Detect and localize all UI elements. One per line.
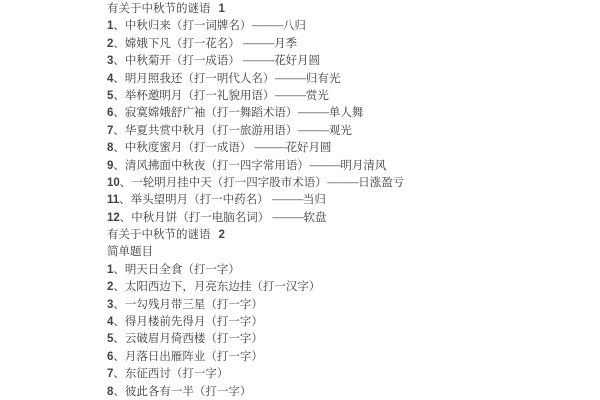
riddle-text: 东征西讨（打一字） — [125, 366, 229, 380]
riddle-text: 中秋度蜜月（打一成语） — [125, 140, 252, 154]
riddle-text: 明月照我还（打一明代人名） — [125, 71, 275, 85]
item-separator: 、 — [113, 384, 125, 398]
riddle-item: 4、得月楼前先得月（打一字） — [107, 313, 587, 330]
riddle-answer: 日涨盈亏 — [358, 175, 404, 189]
riddle-item: 9、清风拂面中秋夜（打一四字常用语）———明月清风 — [107, 157, 587, 174]
riddle-answer: 八归 — [283, 18, 306, 32]
item-separator: 、 — [113, 158, 125, 172]
riddle-text: 华夏共赏中秋月（打一旅游用语） — [125, 123, 298, 137]
riddle-text: 清风拂面中秋夜（打一四字常用语） — [125, 158, 309, 172]
riddle-item: 1、明天日全食（打一字） — [107, 261, 587, 278]
item-separator: 、 — [120, 210, 132, 224]
item-separator: 、 — [113, 123, 125, 137]
riddle-item: 3、一勾残月带三星（打一字） — [107, 296, 587, 313]
riddle-answer: 明月清风 — [340, 158, 386, 172]
answer-dash: ——— — [327, 175, 359, 189]
item-separator: 、 — [113, 331, 125, 345]
riddle-item: 8、彼此各有一半（打一字） — [107, 383, 587, 400]
riddle-item: 7、华夏共赏中秋月（打一旅游用语）———观光 — [107, 122, 587, 139]
riddle-text: 中秋菊开（打一成语） — [125, 53, 240, 67]
riddle-answer: 花好月圆 — [274, 53, 320, 67]
riddle-text: 月落日出雁阵业（打一字） — [125, 349, 263, 363]
riddle-text: 一勾残月带三星（打一字） — [125, 297, 263, 311]
answer-dash: ——— — [309, 158, 341, 172]
riddle-answer: 月季 — [274, 36, 297, 50]
riddle-item: 8、中秋度蜜月（打一成语） ———花好月圆 — [107, 139, 587, 156]
item-separator: 、 — [113, 105, 125, 119]
answer-dash: ——— — [269, 210, 303, 224]
riddle-text: 寂寞嫦娥舒广袖（打一舞蹈术语） — [125, 105, 298, 119]
answer-dash: ——— — [297, 105, 329, 119]
item-separator: 、 — [113, 53, 125, 67]
item-separator: 、 — [113, 314, 125, 328]
riddle-item: 5、举杯邀明月（打一礼貌用语）———赏光 — [107, 87, 587, 104]
riddle-item: 4、明月照我还（打一明代人名）———归有光 — [107, 70, 587, 87]
riddle-answer: 赏光 — [306, 88, 329, 102]
item-number: 12 — [107, 212, 120, 224]
riddle-item: 5、云破眉月倚西楼（打一字） — [107, 330, 587, 347]
item-separator: 、 — [113, 349, 125, 363]
riddle-item: 2、太阳西边下，月亮东边挂（打一汉字） — [107, 278, 587, 295]
answer-dash: ——— — [240, 53, 274, 67]
item-separator: 、 — [113, 71, 125, 85]
item-separator: 、 — [113, 279, 125, 293]
item-separator: 、 — [113, 262, 125, 276]
section-2-subtitle: 简单题目 — [107, 243, 587, 260]
riddle-answer: 归有光 — [306, 71, 341, 85]
section-1-title: 有关于中秋节的谜语 — [107, 1, 211, 15]
riddle-item: 10、一轮明月挂中天（打一四字股市术语）———日涨盈亏 — [107, 174, 587, 191]
answer-dash: ——— — [297, 123, 329, 137]
answer-dash: ——— — [240, 36, 274, 50]
item-number: 10 — [107, 177, 120, 189]
riddle-text: 得月楼前先得月（打一字） — [125, 314, 263, 328]
answer-dash: ——— — [251, 18, 283, 32]
riddle-text: 举杯邀明月（打一礼貌用语） — [125, 88, 275, 102]
document-page: 有关于中秋节的谜语1 1、中秋归来（打一词牌名）———八归2、嫦娥下凡（打一花名… — [107, 0, 587, 400]
item-separator: 、 — [120, 175, 132, 189]
item-separator: 、 — [113, 36, 125, 50]
item-separator: 、 — [119, 192, 131, 206]
answer-dash: ——— — [274, 88, 306, 102]
answer-dash: ——— — [269, 192, 303, 206]
item-separator: 、 — [113, 18, 125, 32]
riddle-item: 11、举头望明月（打一中药名） ———当归 — [107, 191, 587, 208]
section-2-heading: 有关于中秋节的谜语2 — [107, 226, 587, 243]
item-separator: 、 — [113, 140, 125, 154]
riddle-text: 嫦娥下凡（打一花名） — [125, 36, 240, 50]
riddle-text: 明天日全食（打一字） — [125, 262, 240, 276]
riddle-item: 7、东征西讨（打一字） — [107, 365, 587, 382]
riddle-text: 中秋归来（打一词牌名） — [125, 18, 252, 32]
riddle-text: 中秋月饼（打一电脑名词） — [131, 210, 269, 224]
answer-dash: ——— — [251, 140, 285, 154]
riddle-text: 彼此各有一半（打一字） — [125, 384, 252, 398]
riddle-item: 12、中秋月饼（打一电脑名词） ———软盘 — [107, 209, 587, 226]
item-separator: 、 — [113, 366, 125, 380]
riddle-text: 云破眉月倚西楼（打一字） — [125, 331, 263, 345]
item-separator: 、 — [113, 88, 125, 102]
section-1-riddle-list: 1、中秋归来（打一词牌名）———八归2、嫦娥下凡（打一花名） ———月季3、中秋… — [107, 17, 587, 226]
section-2-riddle-list: 1、明天日全食（打一字）2、太阳西边下，月亮东边挂（打一汉字）3、一勾残月带三星… — [107, 261, 587, 400]
riddle-item: 3、中秋菊开（打一成语） ———花好月圆 — [107, 52, 587, 69]
riddle-answer: 观光 — [329, 123, 352, 137]
riddle-item: 6、月落日出雁阵业（打一字） — [107, 348, 587, 365]
riddle-text: 举头望明月（打一中药名） — [131, 192, 269, 206]
riddle-answer: 花好月圆 — [286, 140, 332, 154]
section-2-number: 2 — [219, 229, 225, 241]
riddle-item: 2、嫦娥下凡（打一花名） ———月季 — [107, 35, 587, 52]
riddle-item: 1、中秋归来（打一词牌名）———八归 — [107, 17, 587, 34]
riddle-answer: 当归 — [303, 192, 326, 206]
item-separator: 、 — [113, 297, 125, 311]
item-number: 11 — [107, 194, 119, 206]
riddle-text: 一轮明月挂中天（打一四字股市术语） — [131, 175, 327, 189]
riddle-text: 太阳西边下，月亮东边挂（打一汉字） — [125, 279, 321, 293]
section-1-number: 1 — [219, 3, 225, 15]
section-2-title: 有关于中秋节的谜语 — [107, 227, 211, 241]
riddle-item: 6、寂寞嫦娥舒广袖（打一舞蹈术语）———单人舞 — [107, 104, 587, 121]
riddle-answer: 单人舞 — [329, 105, 364, 119]
answer-dash: ——— — [274, 71, 306, 85]
section-1-heading: 有关于中秋节的谜语1 — [107, 0, 587, 17]
riddle-answer: 软盘 — [303, 210, 326, 224]
